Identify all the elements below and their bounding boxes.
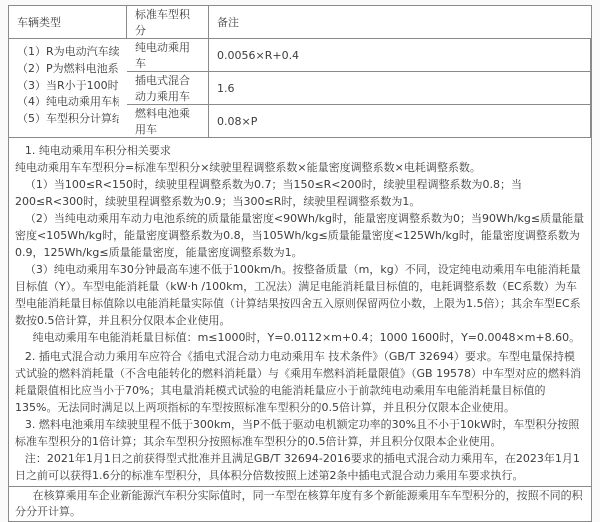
section-1-heading: 1. 纯电动乘用车积分相关要求 xyxy=(15,142,585,159)
credit-formula-phev: 1.6 xyxy=(209,72,591,105)
remark-line-3: （3）当R小于100时，标准车型积分为0分；100≤R<150时，标准车型积分为… xyxy=(17,78,119,95)
header-remarks: 备注 xyxy=(209,6,591,39)
remark-line-4: （4）纯电动乘用车标准车型积分上限为3.4分，燃料电池乘用车标准车型积分上限为6… xyxy=(17,94,119,111)
energy-density-note: （2）当纯电动乘用车动力电池系统的质量能量密度<90Wh/kg时，能量密度调整系… xyxy=(15,210,585,261)
credit-table: 车辆类型 标准车型积分 备注 纯电动乘用车 0.0056×R+0.4 （1）R为… xyxy=(9,6,591,138)
footer-note: 在核算乘用车企业新能源汽车积分实际值时，同一车型在核算年度有多个新能源乘用车车型… xyxy=(9,487,591,521)
requirements-text-block: 1. 纯电动乘用车积分相关要求 纯电动乘用车车型积分=标准车型积分×续驶里程调整… xyxy=(9,138,591,487)
nev-credit-document: 车辆类型 标准车型积分 备注 纯电动乘用车 0.0056×R+0.4 （1）R为… xyxy=(8,5,592,522)
vehicle-type-phev: 插电式混合动力乘用车 xyxy=(127,72,209,105)
energy-consumption-note: （3）纯电动乘用车30分钟最高车速不低于100km/h。按整备质量（m，kg）不… xyxy=(15,261,585,329)
header-vehicle-type: 车辆类型 xyxy=(9,6,127,39)
vehicle-type-fcv: 燃料电池乘用车 xyxy=(127,105,209,138)
fcv-requirements: 3. 燃料电池乘用车续驶里程不低于300km，当P不低于驱动电机额定功率的30%… xyxy=(15,416,585,450)
credit-formula-bev: 0.0056×R+0.4 xyxy=(209,39,591,72)
bev-credit-formula: 纯电动乘用车车型积分=标准车型积分×续驶里程调整系数×能量密度调整系数×电耗调整… xyxy=(15,159,585,176)
remark-line-5: （5）车型积分计算结果按四舍五入原则保留两位小数。 xyxy=(17,111,119,128)
energy-target-values: 纯电动乘用车电能消耗量目标值：m≤1000时，Y=0.0112×m+0.4；10… xyxy=(15,329,585,346)
approval-note: 注：2021年1月1日之前获得型式批准并且满足GB/T 32694-2016要求… xyxy=(15,450,585,484)
vehicle-type-bev: 纯电动乘用车 xyxy=(127,39,209,72)
remark-line-2: （2）P为燃料电池系统额定功率，单位为kW。 xyxy=(17,61,119,78)
phev-requirements: 2. 插电式混合动力乘用车应符合《插电式混合动力电动乘用车 技术条件》（GB/T… xyxy=(15,348,585,416)
remark-line-1: （1）R为电动汽车续驶里程（工况法），单位为km。 xyxy=(17,44,119,61)
credit-formula-fcv: 0.08×P xyxy=(209,105,591,138)
remarks-cell: （1）R为电动汽车续驶里程（工况法），单位为km。 （2）P为燃料电池系统额定功… xyxy=(9,39,127,138)
header-standard-credit: 标准车型积分 xyxy=(127,6,209,39)
range-coefficient-note: （1）当100≤R<150时，续驶里程调整系数为0.7；当150≤R<200时，… xyxy=(15,176,585,210)
